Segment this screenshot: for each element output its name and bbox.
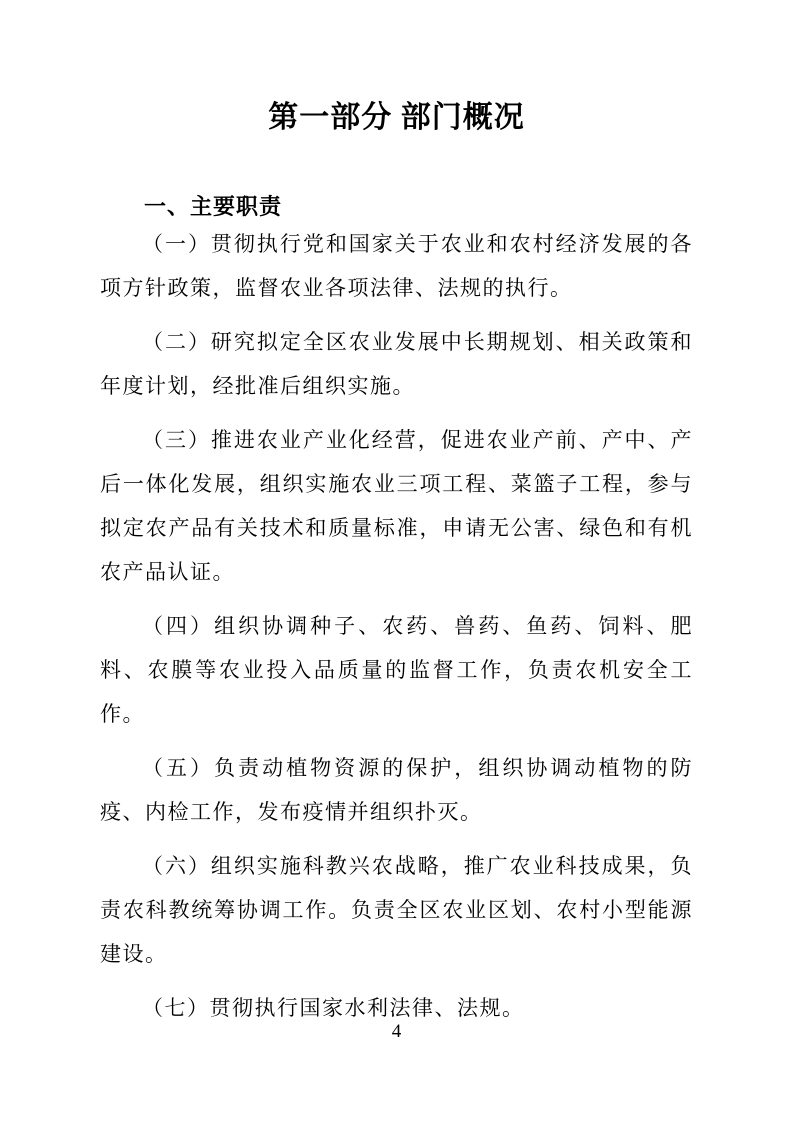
document-page: 第一部分 部门概况 一、主要职责 （一）贯彻执行党和国家关于农业和农村经济发展的… <box>0 0 793 1122</box>
paragraph-6: （六）组织实施科教兴农战略，推广农业科技成果，负责农科教统筹协调工作。负责全区农… <box>100 844 693 976</box>
page-title: 第一部分 部门概况 <box>0 0 793 138</box>
paragraph-3: （三）推进农业产业化经营，促进农业产前、产中、产后一体化发展，组织实施农业三项工… <box>100 418 693 594</box>
paragraph-2: （二）研究拟定全区农业发展中长期规划、相关政策和年度计划，经批准后组织实施。 <box>100 320 693 408</box>
page-number: 4 <box>0 1020 793 1044</box>
document-body: 一、主要职责 （一）贯彻执行党和国家关于农业和农村经济发展的各项方针政策，监督农… <box>100 192 693 1030</box>
paragraph-5: （五）负责动植物资源的保护，组织协调动植物的防疫、内检工作，发布疫情并组织扑灭。 <box>100 746 693 834</box>
paragraph-4: （四）组织协调种子、农药、兽药、鱼药、饲料、肥料、农膜等农业投入品质量的监督工作… <box>100 604 693 736</box>
section-heading: 一、主要职责 <box>100 192 693 222</box>
paragraph-1: （一）贯彻执行党和国家关于农业和农村经济发展的各项方针政策，监督农业各项法律、法… <box>100 222 693 310</box>
